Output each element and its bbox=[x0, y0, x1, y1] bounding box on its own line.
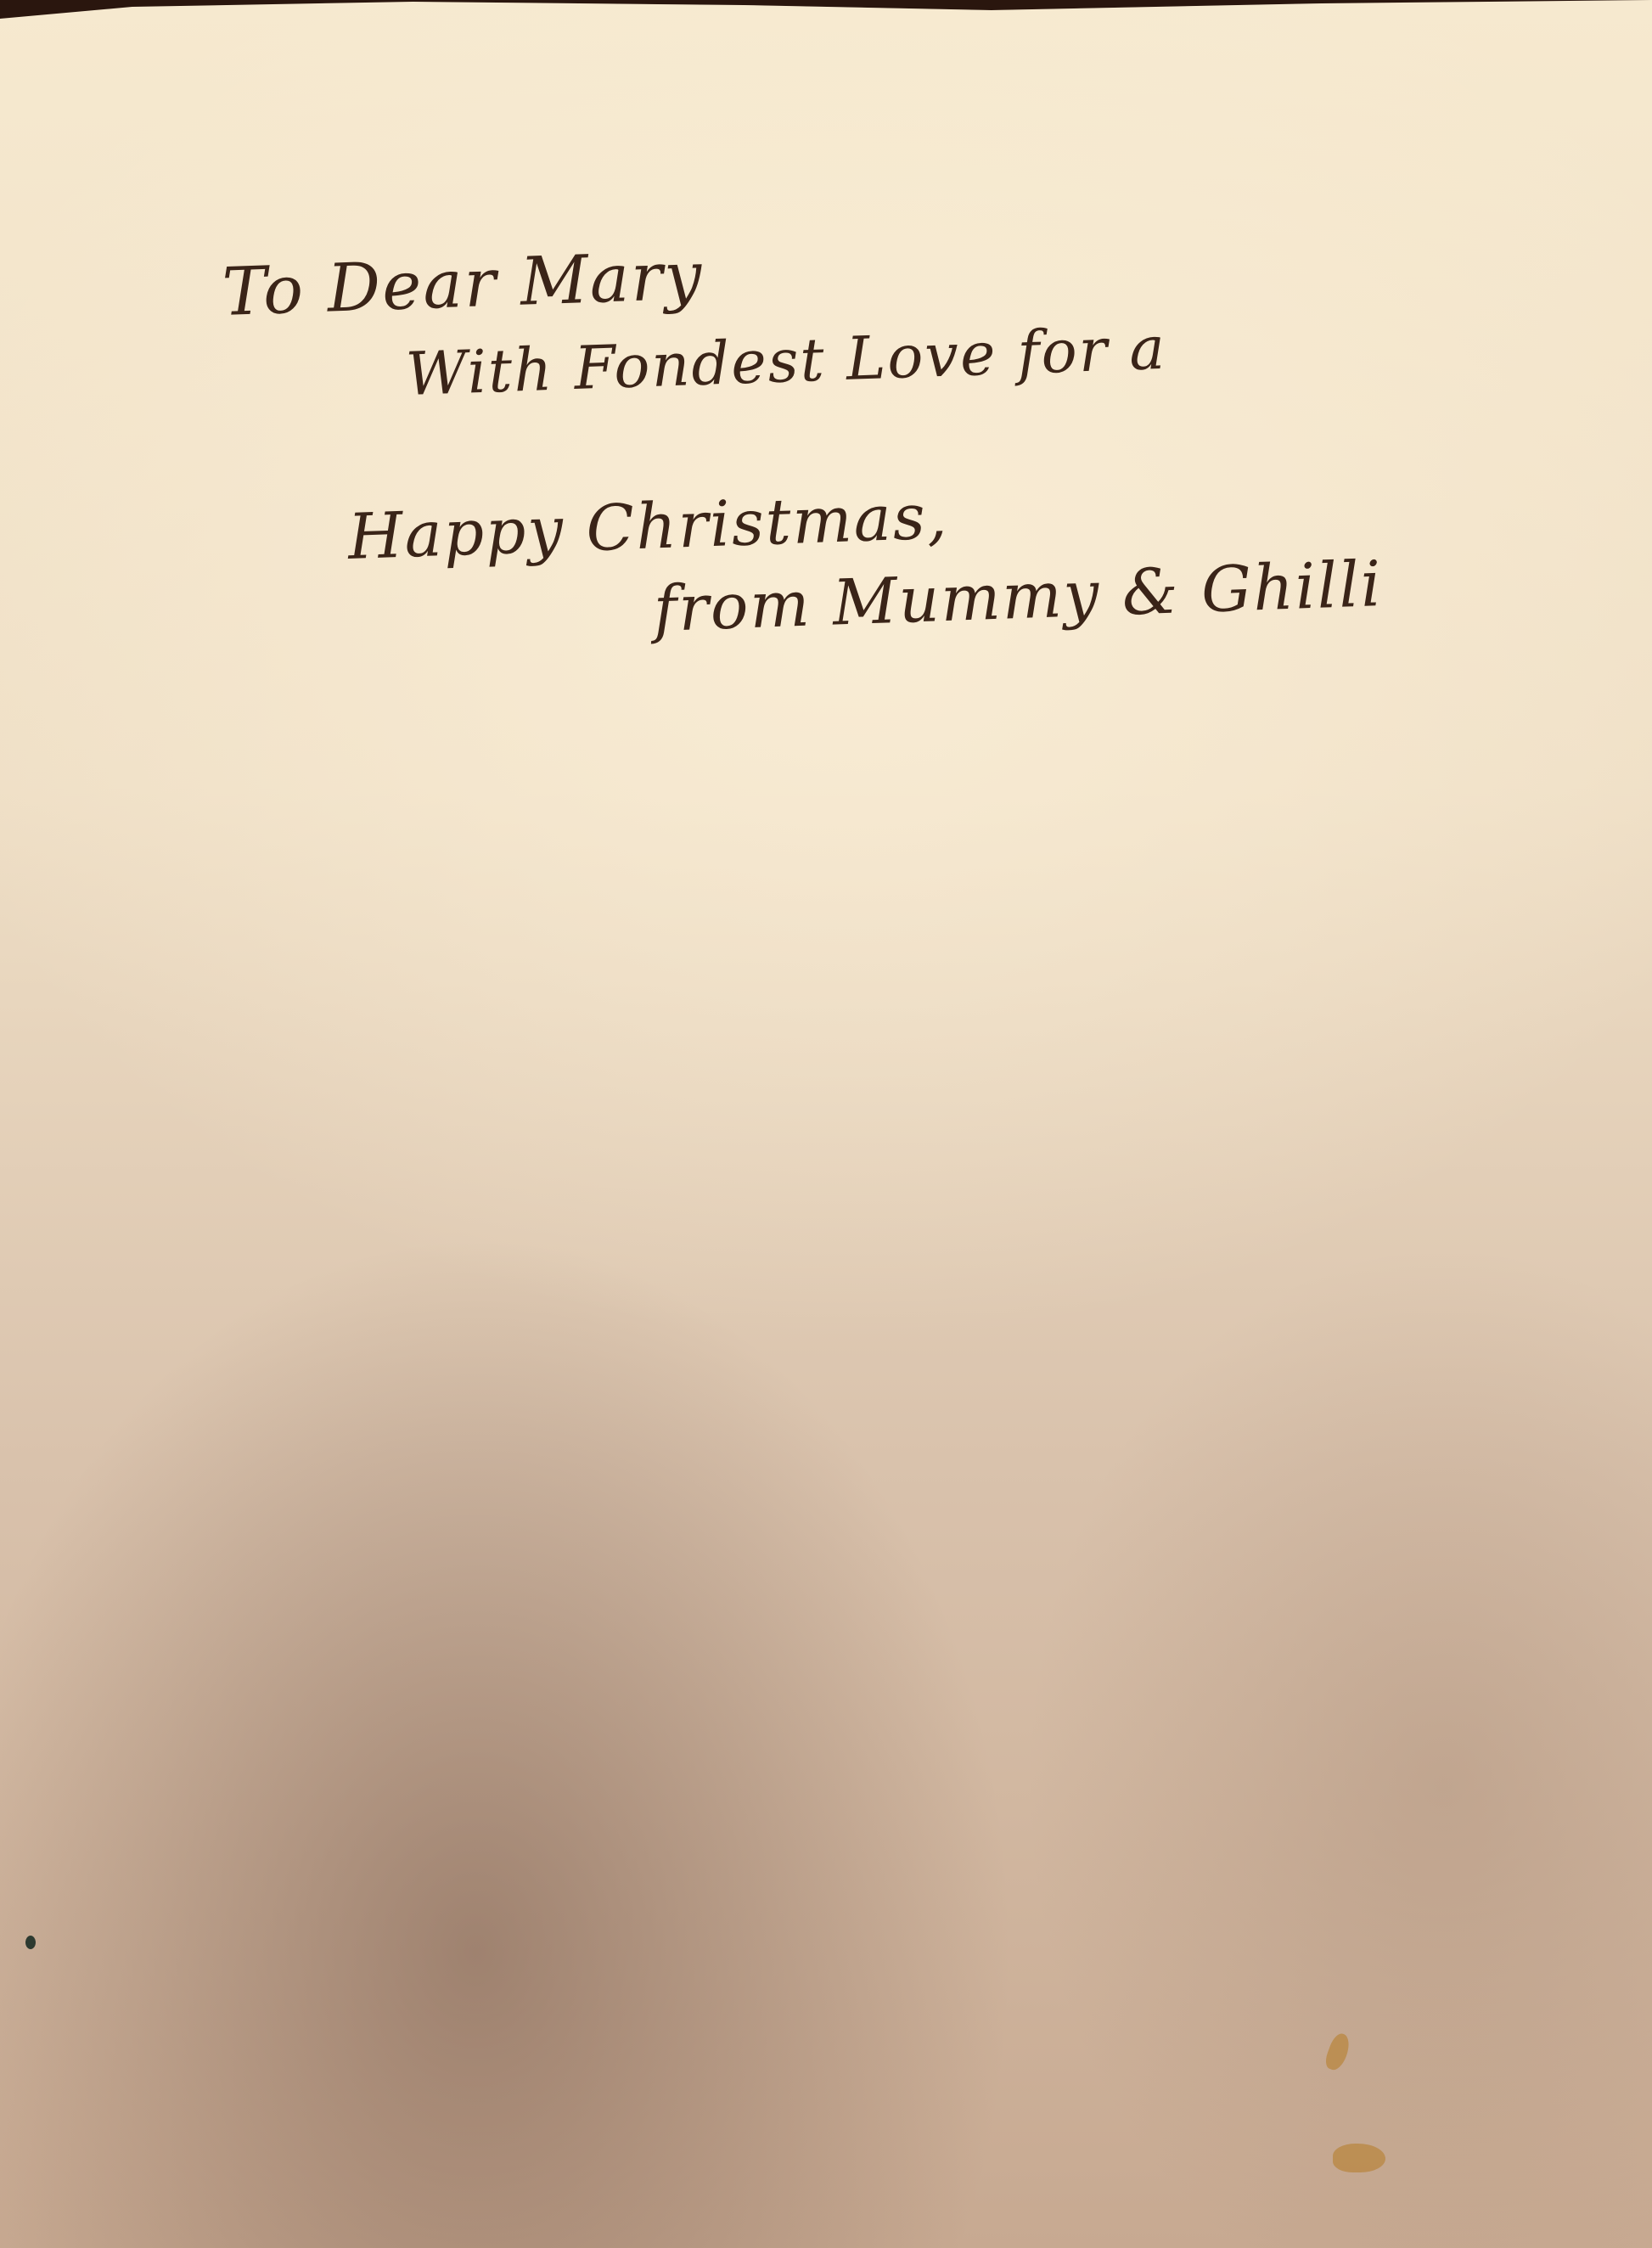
inscription-signature: from Mummy & Ghilli bbox=[652, 548, 1383, 646]
foxing-stain bbox=[1333, 2144, 1385, 2172]
handwritten-inscription: To Dear Mary With Fondest Love for a Hap… bbox=[0, 0, 1652, 764]
inscription-salutation: To Dear Mary bbox=[221, 238, 705, 331]
ink-speck bbox=[25, 1936, 36, 1949]
inscription-line-fondest-love: With Fondest Love for a bbox=[405, 313, 1168, 409]
inscription-line-happy-christmas: Happy Christmas, bbox=[346, 480, 949, 574]
